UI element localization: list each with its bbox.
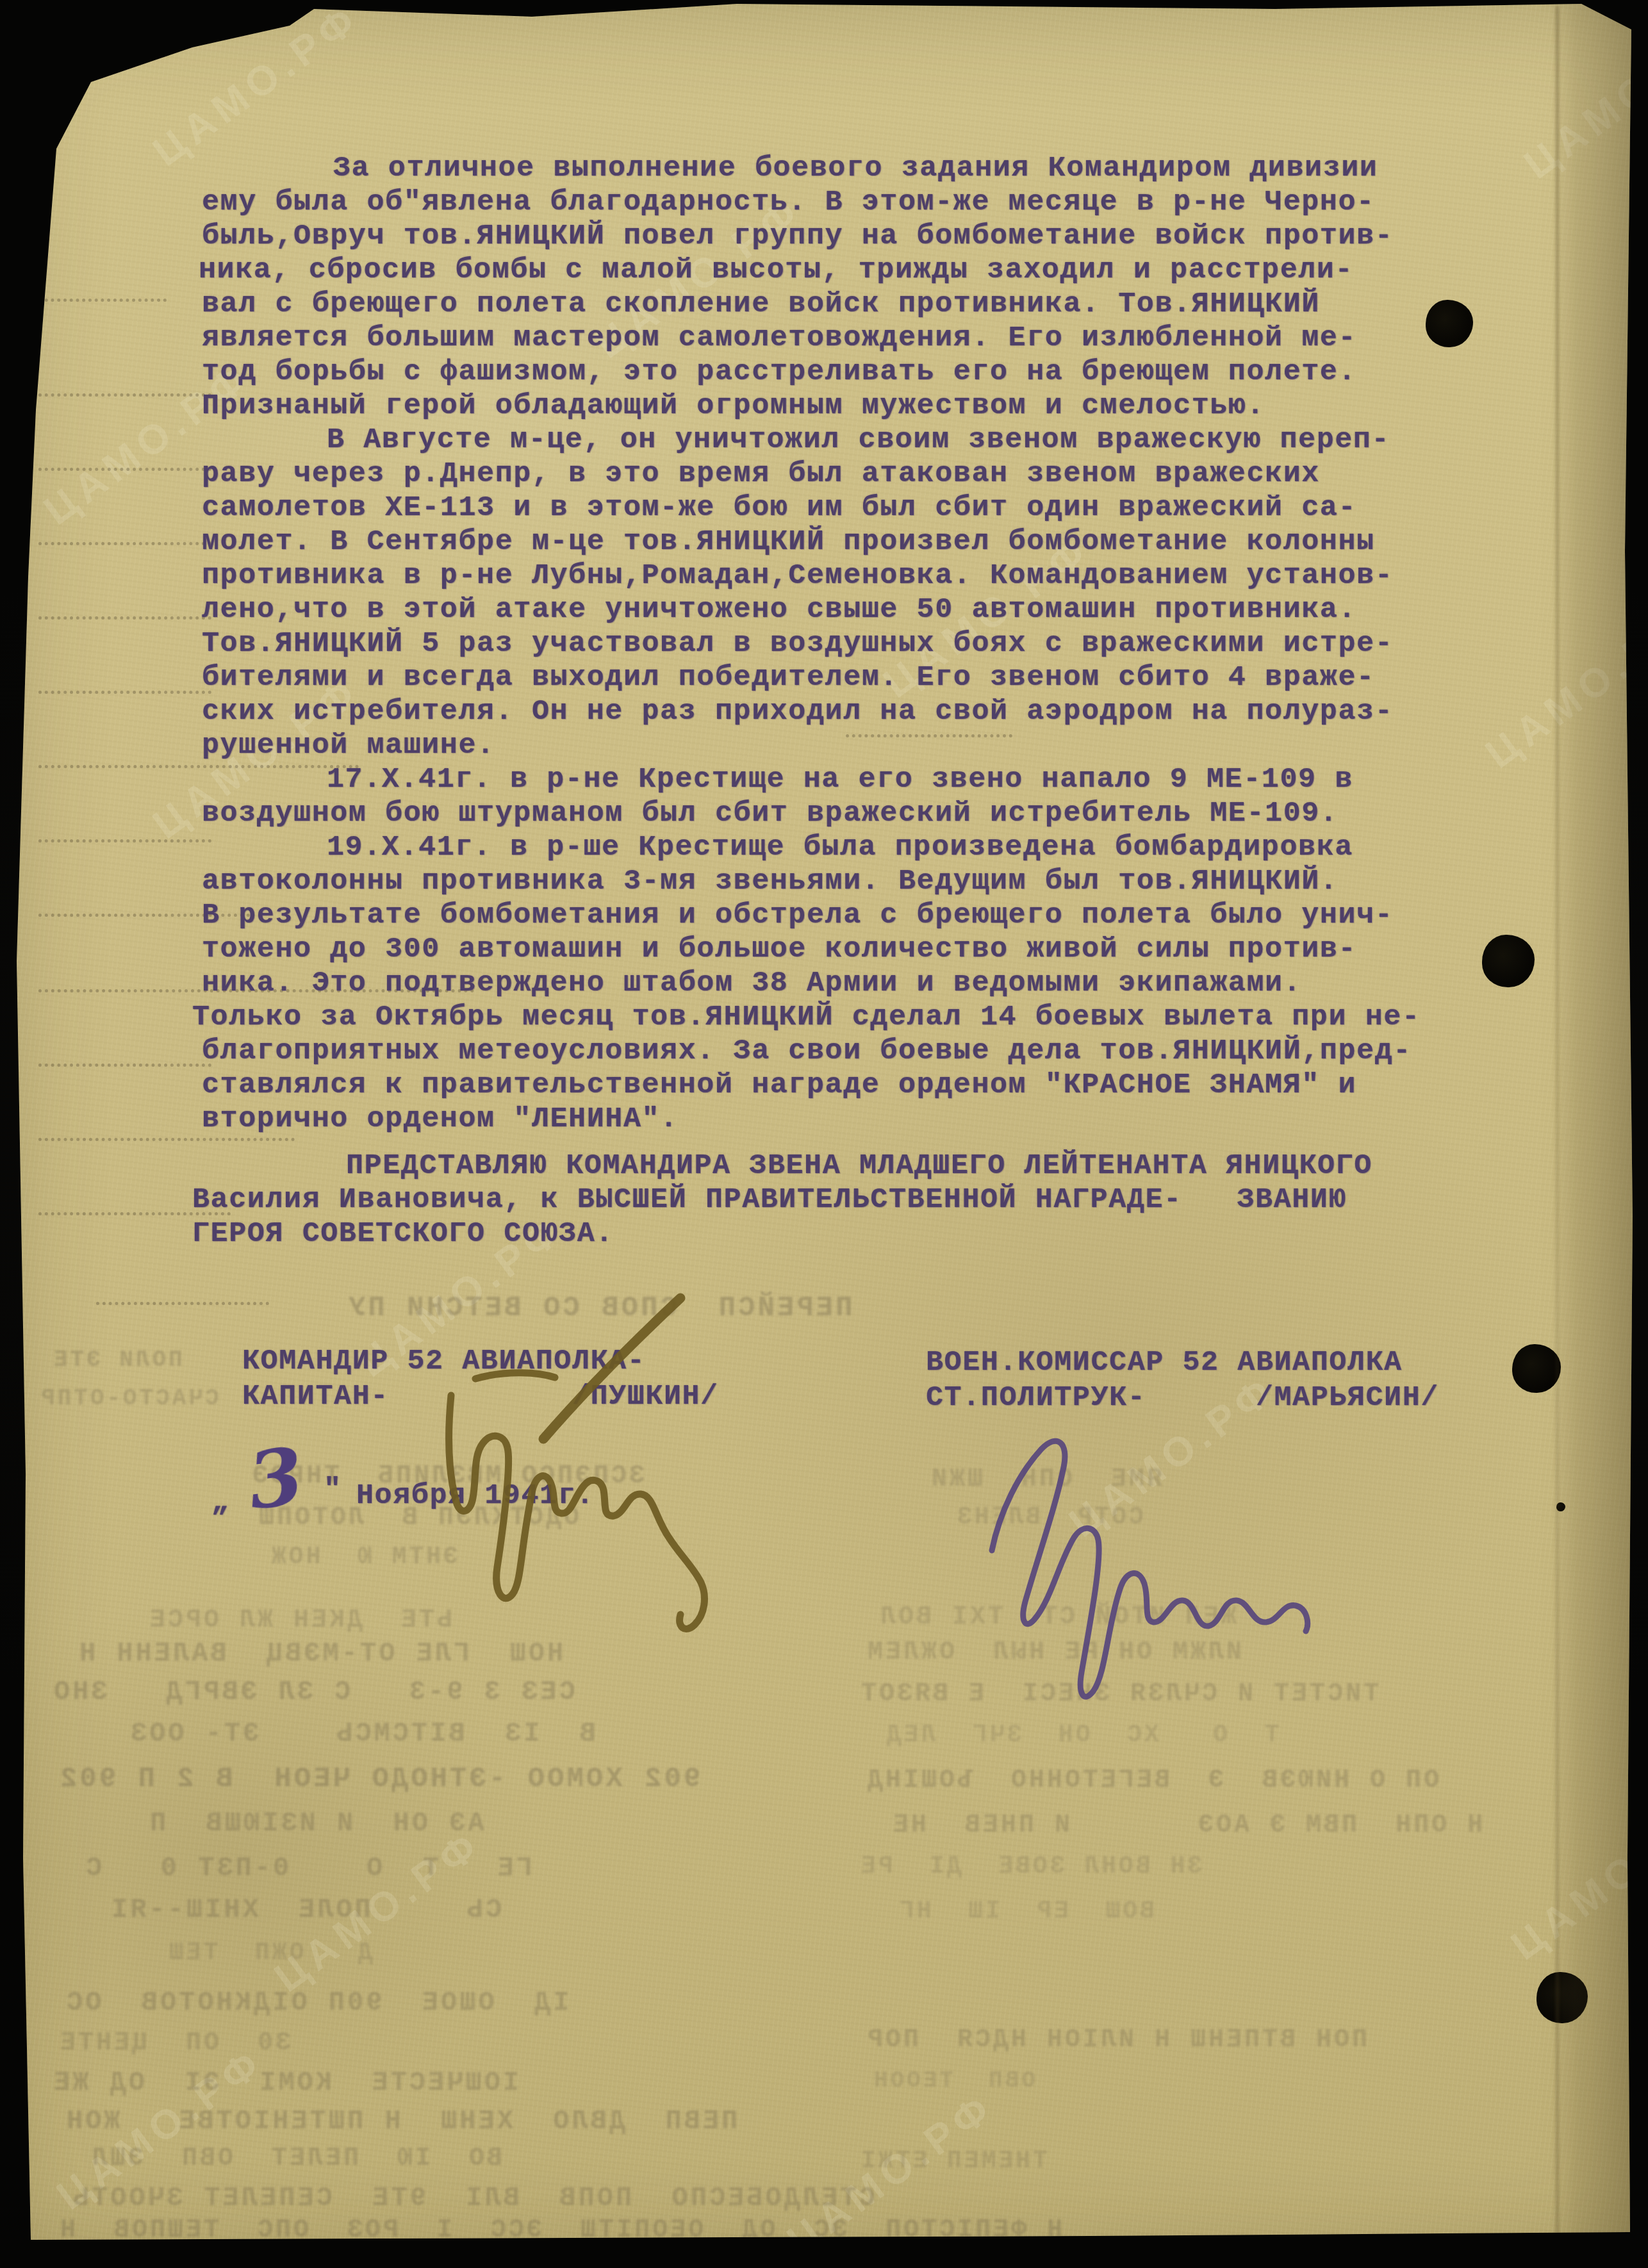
- typed-line: вторично орденом "ЛЕНИНА".: [202, 1103, 679, 1135]
- typed-line: самолетов ХЕ-113 и в этом-же бою им был …: [202, 492, 1356, 524]
- typed-line: ника, сбросив бомбы с малой высоты, триж…: [199, 254, 1353, 286]
- bleedthrough-line: ТНЕМЕП ЕТЖІ: [859, 2149, 1048, 2174]
- typed-line: Ноября 1941г.: [356, 1480, 595, 1512]
- typed-line: ских истребителя. Он не раз приходил на …: [202, 696, 1393, 728]
- camo-watermark: ЦАМО.РФ: [1517, 9, 1648, 185]
- bleedthrough-line: ПОН ВТПЕНШ Н ИЛІОН НДСЯ ПОР: [865, 2028, 1367, 2053]
- typed-line: рушенной машине.: [202, 730, 495, 762]
- typed-line: тожено до 300 автомашин и большое количе…: [202, 933, 1356, 966]
- bleedthrough-line: ОП О НИЮЭВ Э ВЕГЕТОННО ЪОШІНД: [865, 1768, 1439, 1794]
- dotted-leader-row: [846, 734, 1012, 737]
- dotted-leader-row: [96, 1302, 269, 1305]
- bleedthrough-line: ЬТЕ ДКЕН ЖЛ ОРСЕ: [147, 1608, 452, 1634]
- typed-line: тод борьбы с фашизмом, это расстреливать…: [202, 356, 1356, 388]
- dotted-leader-row: [38, 765, 359, 768]
- typed-line: В Августе м-це, он уничтожил своим звено…: [327, 424, 1390, 456]
- typed-line: СТ.ПОЛИТРУК- /МАРЬЯСИН/: [926, 1382, 1439, 1414]
- typed-line: ставлялся к правительственной награде ор…: [202, 1069, 1356, 1101]
- dotted-leader-row: [38, 542, 211, 545]
- dotted-leader-row: [38, 299, 167, 302]
- dotted-leader-row: [38, 393, 211, 397]
- ink-spot: [1512, 1344, 1561, 1393]
- typed-line: благоприятных метеоусловиях. За свои бое…: [202, 1035, 1412, 1067]
- bleedthrough-line: АЭ ОН И ИЗІЮШВ П: [147, 1810, 484, 1837]
- bleedthrough-line: ІД ОШОЕ 90П ОІДКНОТОВ ОС: [64, 1989, 570, 2016]
- bleedthrough-line: 902 ХОМОО -ЭТНОДО ЧЕОН В 2 П 902: [58, 1765, 700, 1793]
- typed-line: автоколонны противника 3-мя звеньями. Ве…: [202, 866, 1338, 898]
- bleedthrough-line: В ІЗ ВІТСМСЬ ЭТ- ООЗ: [128, 1720, 596, 1747]
- typed-line: лено,что в этой атаке уничтожено свыше 5…: [202, 594, 1356, 626]
- document-scan: ЦАМО.РФЦАМО.РФЦАМО.РФЦАМО.РФЦАМО.РФЦАМО.…: [0, 0, 1648, 2268]
- typed-line: является большим мастером самолетовожден…: [202, 322, 1356, 354]
- bleedthrough-line: ВО ІЮ ПЕЛЕТ ОВП ЭШЛ: [90, 2146, 502, 2172]
- typed-line: 17.Х.41г. в р-не Крестище на его звено н…: [327, 764, 1353, 796]
- bleedthrough-line: ОВП ТЕООН: [871, 2069, 1035, 2092]
- bleedthrough-line: ЯМЕ ОПН ШЖИ: [929, 1467, 1162, 1493]
- typed-line: В результате бомбометания и обстрела с б…: [202, 900, 1393, 932]
- bleedthrough-line: З0 ОП ЦЕНТЕ: [58, 2031, 291, 2057]
- typed-line: Только за Октябрь месяц тов.ЯНИЦКИЙ сдел…: [192, 1001, 1421, 1033]
- camo-watermark: ЦАМО.РФ: [1479, 598, 1648, 775]
- bleedthrough-line: НОШ ГЛЕ ОТ-МЭВЦ ВАЛЕНН Н: [77, 1640, 563, 1667]
- bleedthrough-line: ІОШЧЕСТЕ КОМІ ЭІ ОД ЖЕ: [51, 2069, 519, 2096]
- bleedthrough-line: ЖЕЛ ИТОЙ СТ ТХІ ВОЛ: [878, 1605, 1237, 1631]
- bleedthrough-line: СЬ ПОЛЕ ХНІШ--ЯІ: [109, 1896, 502, 1923]
- bleedthrough-line: СЧАСТО-ОТПР: [38, 1387, 219, 1410]
- typed-line: быль,Овруч тов.ЯНИЦКИЙ повел группу на б…: [202, 220, 1393, 252]
- typed-line: Тов.ЯНИЦКИЙ 5 раз участвовал в воздушных…: [202, 628, 1393, 660]
- typed-line: раву через р.Днепр, в это время был атак…: [202, 458, 1320, 490]
- bleedthrough-line: ВОШ ЕР ІШ НГ: [897, 1900, 1155, 1924]
- dotted-leader-row: [38, 1064, 211, 1067]
- bleedthrough-line: ПЕВП ДВЛО ХЕНШ Н ПШТЕНІОТВЕ ЖОН: [64, 2108, 737, 2135]
- typed-line: Признаный герой обладающий огромным муже…: [202, 390, 1265, 422]
- typed-line: ": [324, 1474, 342, 1506]
- typed-line: противника в р-не Лубны,Ромадан,Семеновк…: [202, 560, 1393, 592]
- bleedthrough-line: ПОЛИ ЭТЕ: [51, 1349, 183, 1372]
- ink-spot: [1426, 300, 1473, 347]
- bleedthrough-line: ГЕ Т О 0-ПЗТ 0 С: [83, 1855, 532, 1882]
- paper-sheet: ЦАМО.РФЦАМО.РФЦАМО.РФЦАМО.РФЦАМО.РФЦАМО.…: [0, 0, 1648, 2268]
- camo-watermark: ЦАМО.РФ: [1504, 1790, 1648, 1966]
- handwritten-date-day: 3: [244, 1436, 308, 1520]
- bleedthrough-line: Н ФЕПІСТОП ЭС ОД ОЕОПІТШ ЭСС І РОЗ ОПС Т…: [58, 2218, 1062, 2244]
- typed-line: ГЕРОЯ СОВЕТСКОГО СОЮЗА.: [192, 1218, 614, 1250]
- bleedthrough-line: СТЕЛДОБЕСПО ПОПВ ВЛІ 9ТЕ СЕПЕЛЕТ ЗЧООТЬ: [70, 2185, 875, 2212]
- bleedthrough-line: ТИСТЕТ И СЧЛЗЯ ЗНЕСІ Е ВЯЗОТ: [859, 1682, 1379, 1707]
- bleedthrough-line: ПЕРЕЙСП СПОВ СО ВЕТСНИ ПУ: [346, 1294, 853, 1322]
- bleedthrough-line: ЗН ВОНЛ ЗОВЕ ДІ РЕ: [859, 1855, 1202, 1879]
- fold-crease: [1556, 6, 1559, 2235]
- bleedthrough-line: Н ОПН ПВМ Э АОЭ И ПНЕВ НЕ: [891, 1813, 1483, 1839]
- dotted-leader-row: [38, 1138, 295, 1141]
- typed-line: Василия Ивановича, к ВЫСШЕЙ ПРАВИТЕЛЬСТВ…: [192, 1184, 1347, 1216]
- typed-line: „: [211, 1486, 230, 1518]
- typed-line: ему была об"явлена благодарность. В этом…: [202, 186, 1375, 218]
- typed-line: бителями и всегда выходил победителем. Е…: [202, 662, 1375, 694]
- typed-line: ПРЕДСТАВЛЯЮ КОМАНДИРА ЗВЕНА МЛАДШЕГО ЛЕЙ…: [346, 1150, 1372, 1182]
- typed-line: 19.Х.41г. в р-ше Крестище была произведе…: [327, 832, 1353, 864]
- bleedthrough-line: Д ОЖП ТЕШ: [167, 1941, 373, 1966]
- bleedthrough-line: ЭНТМ Ю НОЖ: [269, 1545, 458, 1570]
- bleedthrough-line: ИЛЖМ ОН РЕ НЫЛ ОЖЛЕМ: [865, 1640, 1242, 1666]
- typed-line: воздушном бою штурманом был сбит вражеск…: [202, 798, 1338, 830]
- ink-spot: [1482, 935, 1535, 987]
- dotted-leader-row: [38, 691, 211, 694]
- camo-watermark: ЦАМО.РФ: [146, 0, 367, 173]
- bleedthrough-line: СОТР ВЛЕНЗ: [955, 1506, 1144, 1530]
- typed-line: вал с бреющего полета скопление войск пр…: [202, 288, 1320, 320]
- typed-line: ВОЕН.КОМИССАР 52 АВИАПОЛКА: [926, 1347, 1403, 1379]
- typed-line: молет. В Сентябре м-це тов.ЯНИЦКИЙ произ…: [202, 526, 1375, 558]
- typed-line: КАПИТАН- /ПУШКИН/: [242, 1381, 719, 1413]
- bleedthrough-line: СЕЗ 3 9-3 С ЗЛ ЭВРГД ЗНО: [51, 1679, 575, 1705]
- dotted-leader-row: [38, 616, 211, 620]
- dotted-leader-row: [38, 468, 211, 471]
- ink-spot: [1537, 1972, 1588, 2023]
- typed-line: КОМАНДИР 52 АВИАПОЛКА-: [242, 1345, 645, 1377]
- typed-line: За отличное выполнение боевого задания К…: [333, 152, 1378, 185]
- dotted-leader-row: [38, 839, 211, 842]
- typed-line: ника. Это подтверждено штабом 38 Армии и…: [202, 967, 1301, 999]
- bleedthrough-line: Т О ХС ОН ЗЧГ ЛЕД: [884, 1723, 1280, 1748]
